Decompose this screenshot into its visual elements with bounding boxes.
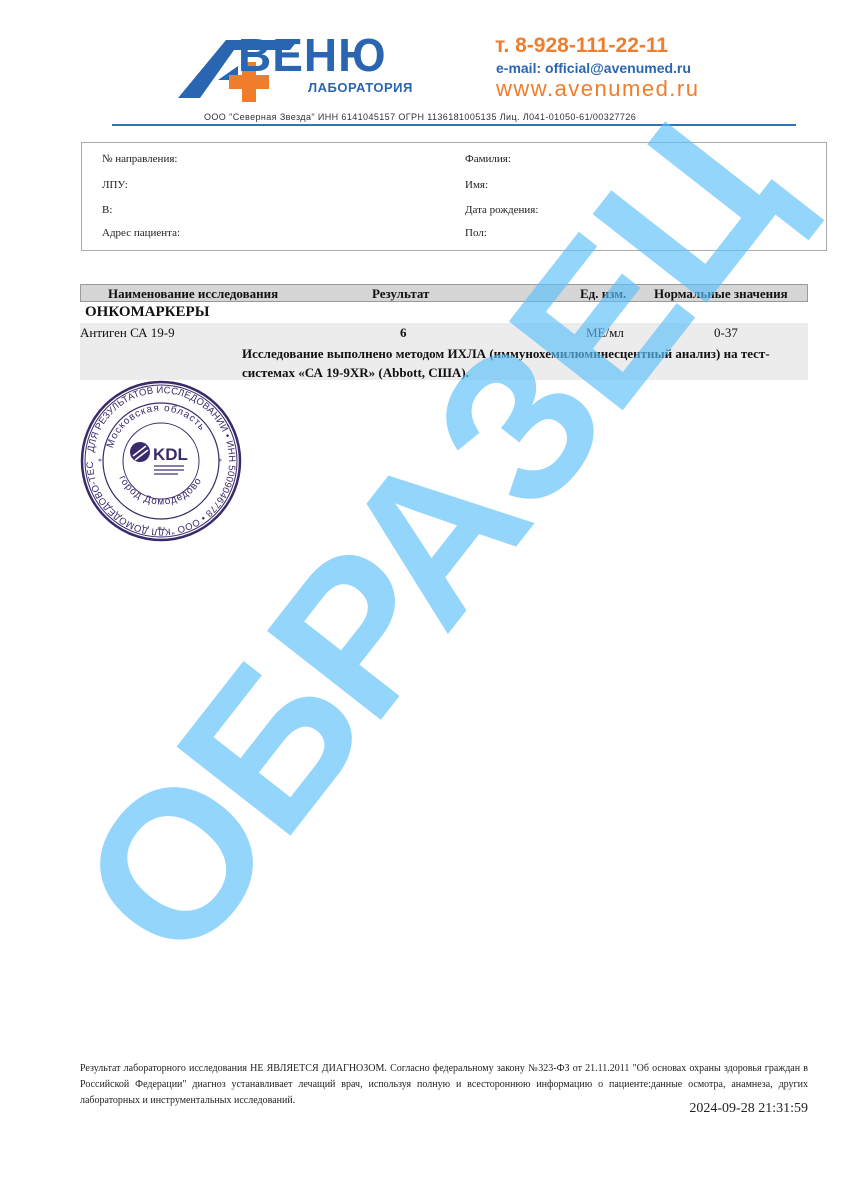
col-test-name: Наименование исследования <box>108 286 278 302</box>
logo-wordmark: ВЕНЮ <box>238 30 387 80</box>
contact-phone: т. 8-928-111-22-11 <box>495 34 668 58</box>
col-normal-range: Нормальные значения <box>654 286 788 302</box>
svg-text:*: * <box>218 457 222 466</box>
letterhead: ВЕНЮ ЛАБОРАТОРИЯ т. 8-928-111-22-11 e-ma… <box>112 22 796 130</box>
field-patient-address: Адрес пациента: <box>102 227 180 239</box>
test-method-note: Исследование выполнено методом ИХЛА (имм… <box>242 344 808 382</box>
patient-info-box: № направления: ЛПУ: В: Адрес пациента: Ф… <box>81 142 827 251</box>
col-unit: Ед. изм. <box>580 286 626 302</box>
logo-subtitle: ЛАБОРАТОРИЯ <box>308 80 413 95</box>
contact-email: e-mail: official@avenumed.ru <box>496 60 691 76</box>
header-divider <box>112 124 796 126</box>
col-result: Результат <box>372 286 429 302</box>
field-first-name: Имя: <box>465 179 488 191</box>
section-title: ОНКОМАРКЕРЫ <box>85 304 209 321</box>
field-surname: Фамилия: <box>465 153 511 165</box>
report-timestamp: 2024-09-28 21:31:59 <box>689 1101 808 1117</box>
test-normal-range: 0-37 <box>714 325 738 341</box>
contact-website: www.avenumed.ru <box>496 76 699 102</box>
test-result: 6 <box>400 325 407 341</box>
svg-text:*: * <box>158 525 162 534</box>
test-name: Антиген СА 19-9 <box>80 325 175 341</box>
svg-text:город Домодедово: город Домодедово <box>116 474 204 508</box>
field-v: В: <box>102 204 112 216</box>
field-referral-number: № направления: <box>102 153 177 165</box>
test-unit: МЕ/мл <box>586 325 624 341</box>
svg-text:*: * <box>98 457 102 466</box>
field-sex: Пол: <box>465 227 487 239</box>
legal-details: ООО "Северная Звезда" ИНН 6141045157 ОГР… <box>204 112 636 122</box>
lab-stamp-icon: ДЛЯ РЕЗУЛЬТАТОВ ИССЛЕДОВАНИЙ • ИНН 50090… <box>80 380 242 542</box>
results-table-header: Наименование исследования Результат Ед. … <box>80 284 808 302</box>
field-birth-date: Дата рождения: <box>465 204 538 216</box>
svg-text:KDL: KDL <box>153 445 188 464</box>
field-clinic: ЛПУ: <box>102 179 128 191</box>
